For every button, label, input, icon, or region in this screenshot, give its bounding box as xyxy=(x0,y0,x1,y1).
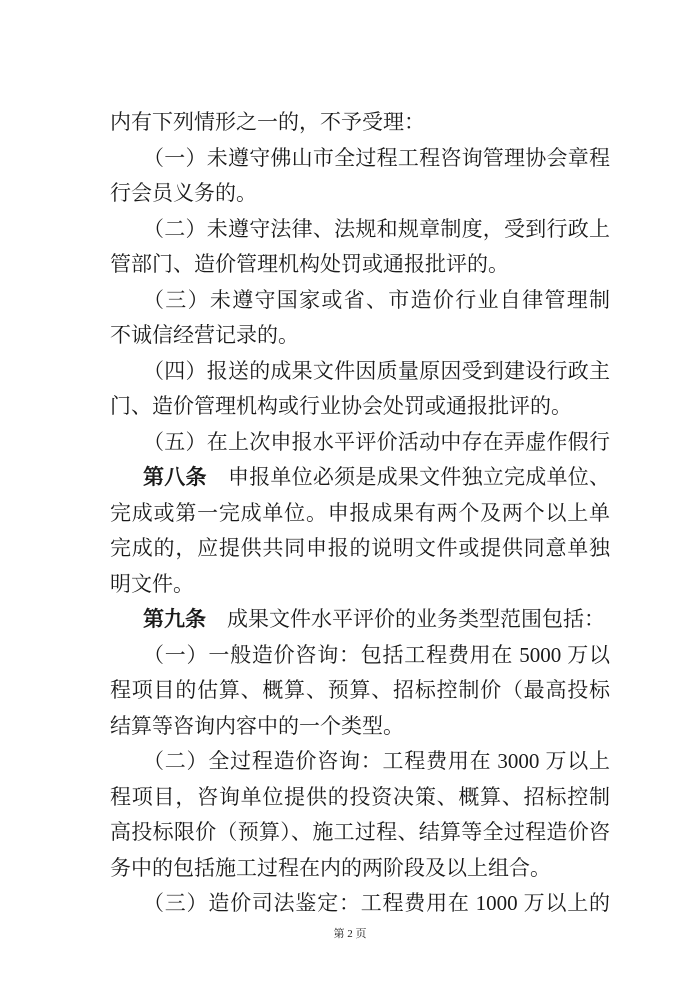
text-line: （五）在上次申报水平评价活动中存在弄虚作假行为的。 xyxy=(110,425,610,461)
text-line: （一）未遵守佛山市全过程工程咨询管理协会章程和履 xyxy=(110,141,610,177)
article-number: 第九条 xyxy=(143,607,206,631)
text-line: （三）未遵守国家或省、市造价行业自律管理制度，有 xyxy=(110,283,610,319)
text-line: 不诚信经营记录的。 xyxy=(110,318,610,354)
text-line: （三）造价司法鉴定：工程费用在 1000 万以上的工程 xyxy=(110,886,610,922)
text-line: 第八条 申报单位必须是成果文件独立完成单位、主持 xyxy=(110,460,610,496)
document-body: 内有下列情形之一的，不予受理：（一）未遵守佛山市全过程工程咨询管理协会章程和履行… xyxy=(110,105,610,922)
text-line: 行会员义务的。 xyxy=(110,176,610,212)
text-line: 务中的包括施工过程在内的两阶段及以上组合。 xyxy=(110,851,610,887)
text-line: 门、造价管理机构或行业协会处罚或通报批评的。 xyxy=(110,389,610,425)
text-line: 结算等咨询内容中的一个类型。 xyxy=(110,709,610,745)
text-line: 程项目，咨询单位提供的投资决策、概算、招标控制价/最 xyxy=(110,780,610,816)
text-line: 明文件。 xyxy=(110,567,610,603)
text-line: （四）报送的成果文件因质量原因受到建设行政主管部 xyxy=(110,354,610,390)
document-page: 内有下列情形之一的，不予受理：（一）未遵守佛山市全过程工程咨询管理协会章程和履行… xyxy=(0,0,700,990)
page-footer: 第 2 页 xyxy=(0,927,700,941)
text-line: 程项目的估算、概算、预算、招标控制价（最高投标限价）、 xyxy=(110,673,610,709)
text-line: （一）一般造价咨询：包括工程费用在 5000 万以上工 xyxy=(110,638,610,674)
text-line: 完成的，应提供共同申报的说明文件或提供同意单独申报证 xyxy=(110,531,610,567)
article-number: 第八条 xyxy=(143,465,207,489)
text-line: 高投标限价（预算）、施工过程、结算等全过程造价咨询服 xyxy=(110,815,610,851)
text-line: 管部门、造价管理机构处罚或通报批评的。 xyxy=(110,247,610,283)
page-number-label: 第 2 页 xyxy=(334,928,367,940)
text-line: 第九条 成果文件水平评价的业务类型范围包括： xyxy=(110,602,610,638)
text-line: （二）未遵守法律、法规和规章制度，受到行政上级主 xyxy=(110,212,610,248)
text-line: 完成或第一完成单位。申报成果有两个及两个以上单位共同 xyxy=(110,496,610,532)
text-line: （二）全过程造价咨询：工程费用在 3000 万以上的工 xyxy=(110,744,610,780)
text-line: 内有下列情形之一的，不予受理： xyxy=(110,105,610,141)
